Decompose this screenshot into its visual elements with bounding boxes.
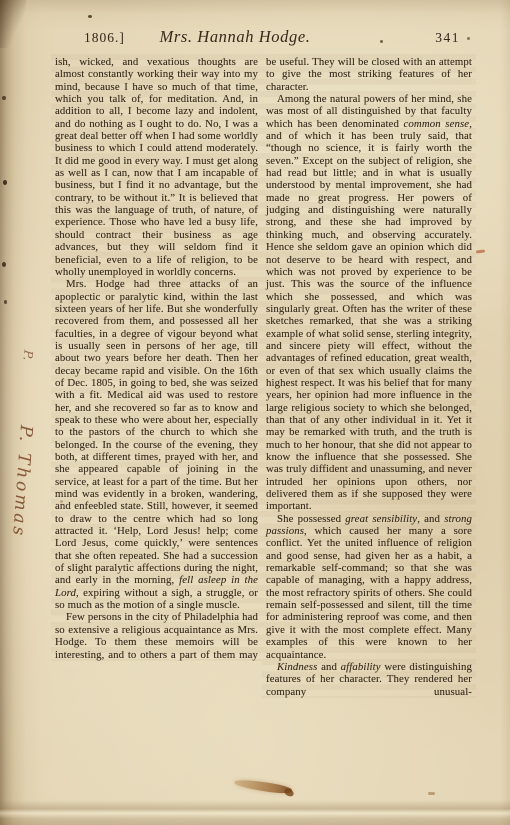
foxing-speck [88, 15, 92, 18]
text-run: Few persons in the city of Philadelphia … [55, 611, 258, 660]
text-run: and [317, 661, 340, 673]
binding-hole [2, 262, 6, 267]
book-page: 1806.] Mrs. Hannah Hodge. 341 ish, wicke… [0, 0, 510, 825]
binding-hole [3, 180, 7, 185]
text-run: Mrs. Hodge had three attacks of an apopl… [55, 278, 258, 586]
bottom-fold-crease [0, 800, 510, 825]
foxing-speck [476, 249, 485, 253]
binding-hole [2, 96, 6, 100]
page-title: Mrs. Hannah Hodge. [0, 27, 470, 47]
text-run: , expiring without a sigh, a struggle, o… [55, 587, 258, 611]
page-header: 1806.] Mrs. Hannah Hodge. 341 [0, 27, 510, 49]
text-run: be useful. They will be closed with an a… [266, 56, 472, 93]
text-run: , which caused her many a sore conflict.… [266, 525, 472, 660]
text-run: She possessed [277, 513, 345, 525]
handwritten-signature: P. Thomas [8, 424, 36, 538]
left-text-column: ish, wicked, and vexatious thoughts are … [55, 56, 258, 661]
italic-text-run: common sense [404, 118, 470, 130]
text-run: , and of which it has been truly said, t… [266, 118, 472, 513]
text-run: ish, wicked, and vexatious thoughts are … [55, 56, 258, 278]
paragraph: ish, wicked, and vexatious thoughts are … [55, 56, 258, 278]
page-number: 341 [435, 30, 460, 46]
paragraph: Few persons in the city of Philadelphia … [55, 611, 258, 660]
text-run: , and [417, 513, 444, 525]
italic-text-run: great sensibility [345, 513, 417, 525]
binding-hole [4, 300, 7, 304]
italic-text-run: Kindness [277, 661, 317, 673]
paragraph: Among the natural powers of her mind, sh… [266, 93, 472, 513]
paragraph: Mrs. Hodge had three attacks of an apopl… [55, 278, 258, 611]
foxing-speck [428, 792, 435, 795]
paragraph: be useful. They will be closed with an a… [266, 56, 472, 93]
handwritten-mark: P. [20, 349, 35, 362]
paragraph: She possessed great sensibility, and str… [266, 513, 472, 661]
paper-stain-tail [283, 787, 295, 798]
italic-text-run: affability [341, 661, 381, 673]
paragraph: Kindness and affability were distinguish… [266, 661, 472, 698]
right-text-column: be useful. They will be closed with an a… [266, 56, 472, 698]
